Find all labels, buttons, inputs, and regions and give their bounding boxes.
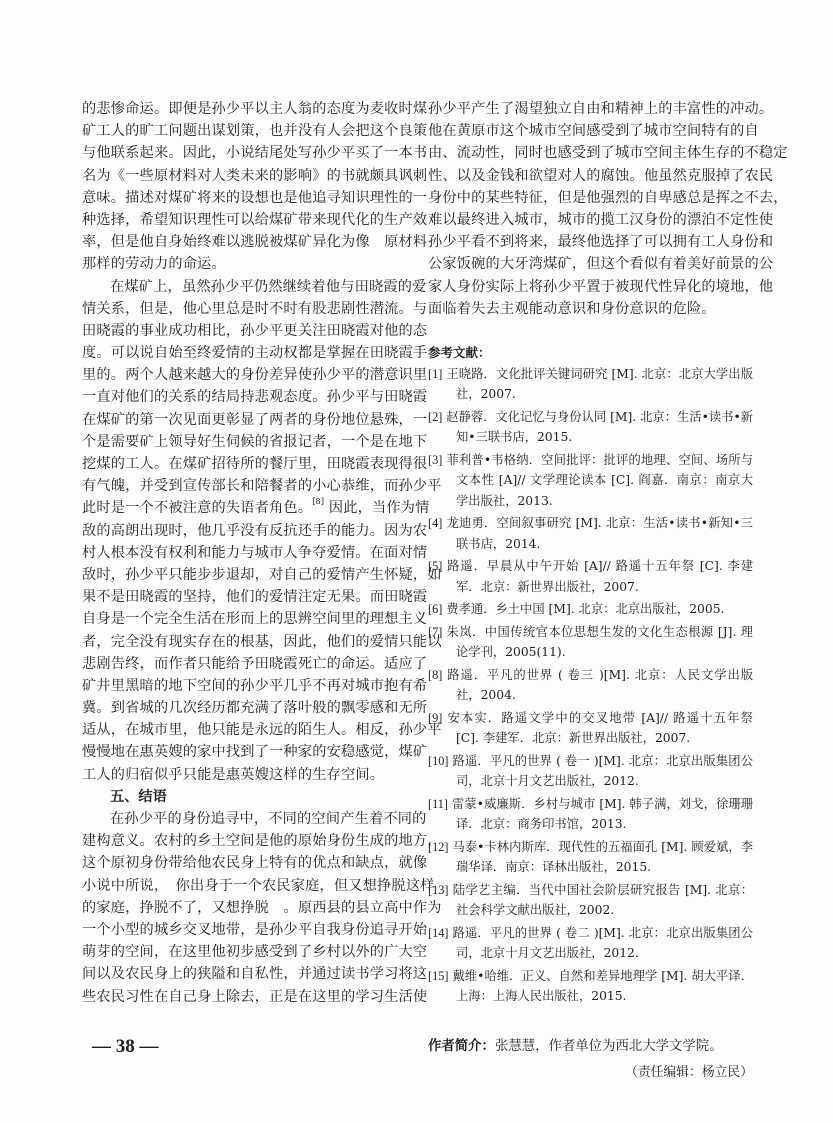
reference-text: 王晓路．文化批评关键词研究 [M]. 北京：北京大学出版社，2007. xyxy=(446,367,753,402)
reference-text: 路遥．平凡的世界 ( 卷二 )[M]. 北京：北京出版集团公司，北京十月文艺出版… xyxy=(453,926,753,961)
reference-text: 龙迪勇．空间叙事研究 [M]. 北京：生活•读书•新知•三联书店，2014. xyxy=(446,516,753,551)
text-line: 一个小型的城乡交叉地带，是孙少平自我身份追寻开始 xyxy=(82,919,407,941)
text-line: 自身是一个完全生活在形而上的思辨空间里的理想主义 xyxy=(82,608,407,630)
text-line: 工人的归宿似乎只能是惠英嫂这样的生存空间。 xyxy=(82,764,407,786)
text-line: 这个原初身份带给他农民身上特有的优点和缺点，就像 xyxy=(82,852,407,874)
reference-text: 路遥．平凡的世界 ( 卷三 )[M]. 北京：人民文学出版社，2004. xyxy=(447,668,753,703)
text-line: 的悲惨命运。即便是孙少平以主人翁的态度为麦收时煤 xyxy=(82,98,407,120)
reference-number: [12] xyxy=(428,840,449,854)
text-line: 在煤矿上，虽然孙少平仍然继续着他与田晓霞的爱 xyxy=(82,276,407,298)
text-line: 有气魄，并受到宣传部长和陪餐者的小心恭维，而孙少平 xyxy=(82,475,407,497)
author-bio: 作者简介：张慧慧，作者单位为西北大学文学院。 xyxy=(428,1037,753,1057)
reference-number: [9] xyxy=(428,711,442,725)
text-line: 度。可以说自始至终爱情的主动权都是掌握在田晓霞手 xyxy=(82,342,407,364)
text-fragment: 因此，当作为情 xyxy=(329,500,430,516)
text-line: 敌的高朗出现时，他几乎没有反抗还手的能力。因为农 xyxy=(82,520,407,542)
reference-item: [8] 路遥．平凡的世界 ( 卷三 )[M]. 北京：人民文学出版社，2004. xyxy=(428,665,753,706)
body-paragraph-2: 在煤矿上，虽然孙少平仍然继续着他与田晓霞的爱 情关系，但是，他心里总是时不时有股… xyxy=(82,276,407,786)
references-title: 参考文献： xyxy=(428,342,753,364)
text-line: 名为《一些原材料对人类未来的影响》的书就颇具讽刺 xyxy=(82,165,407,187)
text-line: 意味。描述对煤矿将来的设想也是他追寻知识理性的一 xyxy=(82,187,407,209)
text-line: 果不是田晓霞的坚持，他们的爱情注定无果。而田晓霞 xyxy=(82,586,407,608)
text-line: 面临着失去主观能动意识和身份意识的危险。 xyxy=(428,298,753,320)
text-line: 村人根本没有权利和能力与城市人争夺爱情。在面对情 xyxy=(82,542,407,564)
author-bio-text: 张慧慧，作者单位为西北大学文学院。 xyxy=(495,1039,723,1054)
reference-number: [8] xyxy=(428,668,442,682)
text-line: 的家庭，挣脱不了，又想挣脱 。原西县的县立高中作为 xyxy=(82,897,407,919)
reference-item: [11] 雷蒙•威廉斯．乡村与城市 [M]. 韩子满，刘戈，徐珊珊译．北京：商务… xyxy=(428,794,753,835)
text-line: 性、以及金钱和欲望对人的腐蚀。他虽然克服掉了农民 xyxy=(428,165,753,187)
text-line: 者，完全没有现实存在的根基，因此，他们的爱情只能以 xyxy=(82,631,407,653)
right-column: 孙少平产生了渴望独立自由和精神上的丰富性的冲动。 他在黄原市这个城市空间感受到了… xyxy=(428,98,753,1083)
text-line: 个是需要矿上领导好生伺候的省报记者，一个是在地下 xyxy=(82,431,407,453)
left-column: 的悲惨命运。即便是孙少平以主人翁的态度为麦收时煤 矿工人的旷工问题出谋划策，也并… xyxy=(82,98,407,1008)
text-line: 家人身份实际上将孙少平置于被现代性异化的境地，他 xyxy=(428,276,753,298)
text-line: 难以最终进入城市，城市的揽工汉身份的漂泊不定性使 xyxy=(428,209,753,231)
text-line: 慢慢地在惠英嫂的家中找到了一种家的安稳感觉，煤矿 xyxy=(82,741,407,763)
reference-text: 路遥．早晨从中午开始 [A]// 路遥十五年祭 [C]. 李建军．北京：新世界出… xyxy=(447,559,753,594)
text-line: 里的。两个人越来越大的身份差异使孙少平的潜意识里 xyxy=(82,364,407,386)
references-list: [1] 王晓路．文化批评关键词研究 [M]. 北京：北京大学出版社，2007. … xyxy=(428,364,753,1007)
text-line: 在煤矿的第一次见面更彰显了两者的身份地位悬殊，一 xyxy=(82,409,407,431)
reference-text: 雷蒙•威廉斯．乡村与城市 [M]. 韩子满，刘戈，徐珊珊译．北京：商务印书馆，2… xyxy=(452,797,753,832)
text-line: 由、流动性，同时也感受到了城市空间主体生存的不稳定 xyxy=(428,142,753,164)
text-line: 种选择，希望知识理性可以给煤矿带来现代化的生产效 xyxy=(82,209,407,231)
reference-text: 菲利普•韦格纳．空间批评：批评的地理、空间、场所与文本性 [A]// 文学理论读… xyxy=(446,453,753,508)
reference-text: 戴维•哈维．正义、自然和差异地理学 [M]. 胡大平译．上海：上海人民出版社，2… xyxy=(452,969,753,1004)
page-number: — 38 — xyxy=(92,1036,159,1058)
reference-item: [7] 朱岚．中国传统官本位思想生发的文化生态根源 [J]. 理论学刊，2005… xyxy=(428,622,753,663)
text-line: 身份中的某些特征，但是他强烈的自卑感总是挥之不去， xyxy=(428,187,753,209)
text-line: 敌时，孙少平只能步步退却，对自己的爱情产生怀疑，如 xyxy=(82,564,407,586)
reference-item: [13] 陆学艺主编．当代中国社会阶层研究报告 [M]. 北京：社会科学文献出版… xyxy=(428,880,753,921)
reference-text: 马泰•卡林内斯库．现代性的五福面孔 [M]. 顾爱斌，李瑞华译．南京：译林出版社… xyxy=(452,840,753,875)
reference-number: [3] xyxy=(428,453,442,467)
text-line: 挖煤的工人。在煤矿招待所的餐厅里，田晓霞表现得很 xyxy=(82,453,407,475)
reference-item: [2] 赵静蓉．文化记忆与身份认同 [M]. 北京：生活•读书•新知•三联书店，… xyxy=(428,407,753,448)
reference-item: [5] 路遥．早晨从中午开始 [A]// 路遥十五年祭 [C]. 李建军．北京：… xyxy=(428,556,753,597)
reference-number: [11] xyxy=(428,797,448,811)
reference-item: [1] 王晓路．文化批评关键词研究 [M]. 北京：北京大学出版社，2007. xyxy=(428,364,753,405)
text-line: 孙少平产生了渴望独立自由和精神上的丰富性的冲动。 xyxy=(428,98,753,120)
body-paragraph-continued: 孙少平产生了渴望独立自由和精神上的丰富性的冲动。 他在黄原市这个城市空间感受到了… xyxy=(428,98,753,320)
reference-number: [5] xyxy=(428,559,442,573)
text-line: 悲剧告终，而作者只能给予田晓霞死亡的命运。适应了 xyxy=(82,653,407,675)
author-bio-label: 作者简介： xyxy=(428,1039,495,1054)
text-line: 萌芽的空间，在这里他初步感受到了乡村以外的广大空 xyxy=(82,941,407,963)
text-line: 小说中所说， 你出身于一个农民家庭，但又想挣脱这样 xyxy=(82,875,407,897)
reference-number: [13] xyxy=(428,883,449,897)
reference-item: [4] 龙迪勇．空间叙事研究 [M]. 北京：生活•读书•新知•三联书店，201… xyxy=(428,513,753,554)
reference-item: [9] 安本实．路遥文学中的交叉地带 [A]// 路遥十五年祭 [C]. 李建军… xyxy=(428,708,753,749)
text-line: 间以及农民身上的狭隘和自私性，并通过读书学习将这 xyxy=(82,963,407,985)
text-line: 矿井里黑暗的地下空间的孙少平几乎不再对城市抱有希 xyxy=(82,675,407,697)
text-line: 建构意义。农村的乡土空间是他的原始身份生成的地方， xyxy=(82,830,407,852)
reference-number: [10] xyxy=(428,754,449,768)
reference-text: 费孝通．乡土中国 [M]. 北京：北京出版社，2005. xyxy=(446,602,724,616)
citation-marker: [8] xyxy=(312,497,324,506)
text-line: 冀。到省城的几次经历都充满了落叶般的飘零感和无所 xyxy=(82,697,407,719)
reference-text: 路遥．平凡的世界 ( 卷一 )[M]. 北京：北京出版集团公司，北京十月文艺出版… xyxy=(453,754,753,789)
reference-item: [15] 戴维•哈维．正义、自然和差异地理学 [M]. 胡大平译．上海：上海人民… xyxy=(428,966,753,1007)
reference-number: [15] xyxy=(428,969,449,983)
editor-note: （责任编辑：杨立民） xyxy=(428,1063,753,1083)
reference-item: [6] 费孝通．乡土中国 [M]. 北京：北京出版社，2005. xyxy=(428,599,753,620)
text-line: 公家饭碗的大牙湾煤矿，但这个看似有着美好前景的公 xyxy=(428,253,753,275)
text-line: 情关系，但是，他心里总是时不时有股悲剧性潜流。与 xyxy=(82,298,407,320)
reference-item: [3] 菲利普•韦格纳．空间批评：批评的地理、空间、场所与文本性 [A]// 文… xyxy=(428,450,753,512)
text-line: 那样的劳动力的命运。 xyxy=(82,253,407,275)
text-line: 适从，在城市里，他只能是永远的陌生人。相反，孙少平 xyxy=(82,719,407,741)
text-line: 此时是一个不被注意的失语者角色。[8] 因此，当作为情 xyxy=(82,497,407,519)
reference-text: 陆学艺主编．当代中国社会阶层研究报告 [M]. 北京：社会科学文献出版社，200… xyxy=(453,883,753,918)
reference-item: [12] 马泰•卡林内斯库．现代性的五福面孔 [M]. 顾爱斌，李瑞华译．南京：… xyxy=(428,837,753,878)
reference-text: 安本实．路遥文学中的交叉地带 [A]// 路遥十五年祭 [C]. 李建军．北京：… xyxy=(447,711,753,746)
reference-number: [6] xyxy=(428,602,442,616)
reference-number: [4] xyxy=(428,516,442,530)
text-line: 在孙少平的身份追寻中，不同的空间产生着不同的 xyxy=(82,808,407,830)
text-line: 他在黄原市这个城市空间感受到了城市空间特有的自 xyxy=(428,120,753,142)
reference-number: [14] xyxy=(428,926,449,940)
reference-item: [10] 路遥．平凡的世界 ( 卷一 )[M]. 北京：北京出版集团公司，北京十… xyxy=(428,751,753,792)
reference-text: 朱岚．中国传统官本位思想生发的文化生态根源 [J]. 理论学刊，2005(11)… xyxy=(447,625,753,660)
text-line: 与他联系起来。因此，小说结尾处写孙少平买了一本书 xyxy=(82,142,407,164)
reference-number: [2] xyxy=(428,410,442,424)
text-line: 田晓霞的事业成功相比，孙少平更关注田晓霞对他的态 xyxy=(82,320,407,342)
text-line: 率，但是他自身始终难以逃脱被煤矿异化为像 原材料 xyxy=(82,231,407,253)
text-line: 矿工人的旷工问题出谋划策，也并没有人会把这个良策 xyxy=(82,120,407,142)
reference-number: [1] xyxy=(428,367,442,381)
body-paragraph-3: 在孙少平的身份追寻中，不同的空间产生着不同的 建构意义。农村的乡土空间是他的原始… xyxy=(82,808,407,1008)
text-line: 一直对他们的关系的结局持悲观态度。孙少平与田晓霞 xyxy=(82,386,407,408)
text-line: 孙少平看不到将来，最终他选择了可以拥有工人身份和 xyxy=(428,231,753,253)
text-fragment: 此时是一个不被注意的失语者角色。 xyxy=(82,500,312,516)
section-heading: 五、结语 xyxy=(82,786,407,808)
reference-item: [14] 路遥．平凡的世界 ( 卷二 )[M]. 北京：北京出版集团公司，北京十… xyxy=(428,923,753,964)
reference-text: 赵静蓉．文化记忆与身份认同 [M]. 北京：生活•读书•新知•三联书店，2015… xyxy=(446,410,753,445)
body-paragraph-1: 的悲惨命运。即便是孙少平以主人翁的态度为麦收时煤 矿工人的旷工问题出谋划策，也并… xyxy=(82,98,407,276)
reference-number: [7] xyxy=(428,625,442,639)
text-line: 些农民习性在自己身上除去，正是在这里的学习生活使 xyxy=(82,986,407,1008)
